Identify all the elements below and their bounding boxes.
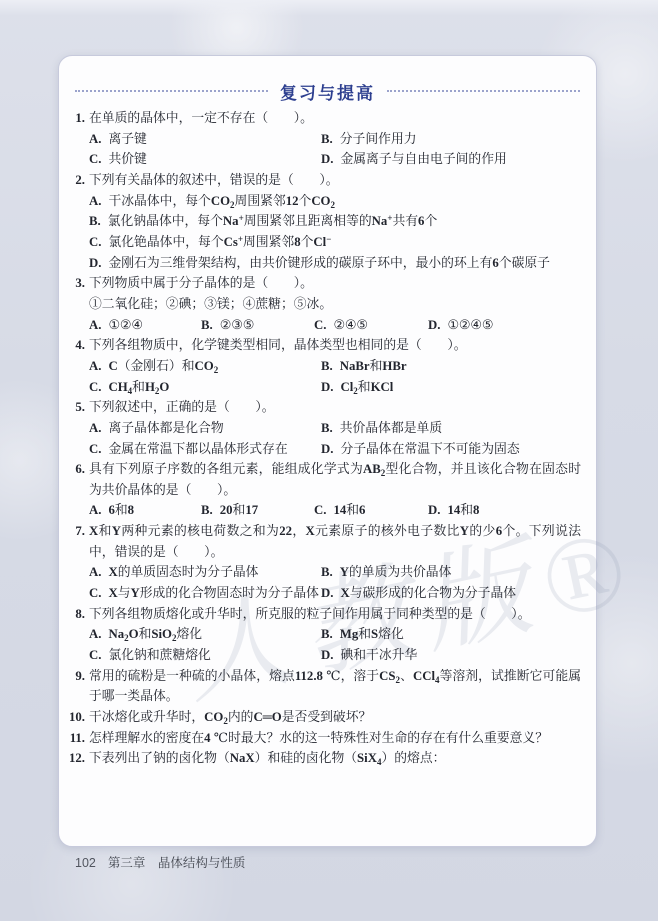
options-row: A.C（金刚石）和CO2B.NaBr和HBrC.CH4和H2OD.Cl2和KCl xyxy=(72,356,581,397)
option-label: D. xyxy=(428,503,440,517)
option-A: A.X的单质固态时为分子晶体 xyxy=(89,562,321,583)
option-label: D. xyxy=(321,152,333,166)
option-text: 氯化钠晶体中，每个Na+周围紧邻且距离相等的Na+共有6个 xyxy=(108,214,438,228)
option-A: A.6和8 xyxy=(89,500,201,521)
question-number: 8. xyxy=(59,604,85,625)
option-text: C（金刚石）和CO2 xyxy=(108,359,218,373)
option-text: CH4和H2O xyxy=(108,380,169,394)
option-B: B.氯化钠晶体中，每个Na+周围紧邻且距离相等的Na+共有6个 xyxy=(89,211,581,232)
option-text: Y的单质为共价晶体 xyxy=(340,565,452,579)
option-text: 金属离子与自由电子间的作用 xyxy=(340,152,506,166)
options-row: A.Na2O和SiO2熔化B.Mg和S熔化C.氯化钠和蔗糖熔化D.碘和干冰升华 xyxy=(72,624,581,665)
option-text: Na2O和SiO2熔化 xyxy=(108,627,202,641)
question-text: 常用的硫粉是一种硫的小晶体，熔点112.8 ℃，溶于CS2、CCl4等溶剂，试推… xyxy=(89,669,581,704)
page-number: 102 xyxy=(75,856,96,870)
question-stem: 10.干冰熔化或升华时，CO2内的C═O是否受到破坏？ xyxy=(72,707,581,728)
option-text: 共价键 xyxy=(108,152,146,166)
option-label: A. xyxy=(89,359,101,373)
options-row: A.X的单质固态时为分子晶体B.Y的单质为共价晶体C.X与Y形成的化合物固态时为… xyxy=(72,562,581,603)
options-row: A.离子键B.分子间作用力C.共价键D.金属离子与自由电子间的作用 xyxy=(72,129,581,170)
option-text: 氯化铯晶体中，每个Cs+周围紧邻8个Cl− xyxy=(108,235,331,249)
question-number: 1. xyxy=(59,108,85,129)
option-label: D. xyxy=(321,442,333,456)
option-C: C.②④⑤ xyxy=(314,315,428,336)
option-label: B. xyxy=(201,503,213,517)
option-text: ②③⑤ xyxy=(220,318,254,332)
question-5: 5.下列叙述中，正确的是（ ）。A.离子晶体都是化合物B.共价晶体都是单质C.金… xyxy=(72,397,581,459)
option-label: D. xyxy=(321,648,333,662)
option-text: ②④⑤ xyxy=(333,318,367,332)
question-text: 下列物质中属于分子晶体的是（ ）。 xyxy=(89,276,313,290)
header-dotted-rule-left xyxy=(75,90,268,92)
exercise-box: 复习与提高 人教版® 1.在单质的晶体中，一定不存在（ ）。A.离子键B.分子间… xyxy=(58,55,597,847)
option-D: D.金刚石为三维骨架结构，由共价键形成的碳原子环中，最小的环上有6个碳原子 xyxy=(89,253,581,274)
option-C: C.CH4和H2O xyxy=(89,377,321,398)
option-text: 分子间作用力 xyxy=(340,132,417,146)
option-label: B. xyxy=(321,359,333,373)
question-11: 11.怎样理解水的密度在4 ℃时最大？水的这一特殊性对生命的存在有什么重要意义？ xyxy=(72,728,581,749)
question-text: 下列各组物质中，化学键类型相同，晶体类型也相同的是（ ）。 xyxy=(89,338,467,352)
option-text: NaBr和HBr xyxy=(340,359,407,373)
question-stem: 6.具有下列原子序数的各组元素，能组成化学式为AB2型化合物，并且该化合物在固态… xyxy=(72,459,581,500)
option-A: A.①②④ xyxy=(89,315,201,336)
question-subline: ①二氧化硅；②碘；③镁；④蔗糖；⑤冰。 xyxy=(72,294,581,315)
option-A: A.C（金刚石）和CO2 xyxy=(89,356,321,377)
question-text: 下表列出了钠的卤化物（NaX）和硅的卤化物（SiX4）的熔点： xyxy=(89,751,445,765)
section-header: 复习与提高 xyxy=(59,80,596,102)
option-B: B.②③⑤ xyxy=(201,315,314,336)
question-12: 12.下表列出了钠的卤化物（NaX）和硅的卤化物（SiX4）的熔点： xyxy=(72,748,581,769)
question-number: 6. xyxy=(59,459,85,480)
question-4: 4.下列各组物质中，化学键类型相同，晶体类型也相同的是（ ）。A.C（金刚石）和… xyxy=(72,335,581,397)
question-stem: 4.下列各组物质中，化学键类型相同，晶体类型也相同的是（ ）。 xyxy=(72,335,581,356)
option-C: C.氯化钠和蔗糖熔化 xyxy=(89,645,321,666)
question-stem: 2.下列有关晶体的叙述中，错误的是（ ）。 xyxy=(72,170,581,191)
option-text: X的单质固态时为分子晶体 xyxy=(108,565,258,579)
option-label: A. xyxy=(89,565,101,579)
option-D: D.金属离子与自由电子间的作用 xyxy=(321,149,581,170)
option-label: B. xyxy=(321,421,333,435)
option-B: B.分子间作用力 xyxy=(321,129,581,150)
option-label: C. xyxy=(89,442,101,456)
option-label: D. xyxy=(321,586,333,600)
question-10: 10.干冰熔化或升华时，CO2内的C═O是否受到破坏？ xyxy=(72,707,581,728)
option-label: C. xyxy=(89,586,101,600)
option-A: A.离子晶体都是化合物 xyxy=(89,418,321,439)
options-row: A.①②④B.②③⑤C.②④⑤D.①②④⑤ xyxy=(72,315,581,336)
question-2: 2.下列有关晶体的叙述中，错误的是（ ）。A.干冰晶体中，每个CO2周围紧邻12… xyxy=(72,170,581,273)
option-C: C.共价键 xyxy=(89,149,321,170)
option-A: A.干冰晶体中，每个CO2周围紧邻12个CO2 xyxy=(89,191,581,212)
question-text: 下列有关晶体的叙述中，错误的是（ ）。 xyxy=(89,173,339,187)
options-row: A.离子晶体都是化合物B.共价晶体都是单质C.金属在常温下都以晶体形式存在D.分… xyxy=(72,418,581,459)
option-label: A. xyxy=(89,194,101,208)
question-number: 5. xyxy=(59,397,85,418)
option-label: C. xyxy=(314,318,326,332)
option-text: 14和6 xyxy=(333,503,365,517)
option-text: 14和8 xyxy=(447,503,479,517)
option-text: Mg和S熔化 xyxy=(340,627,404,641)
option-label: D. xyxy=(428,318,440,332)
question-9: 9.常用的硫粉是一种硫的小晶体，熔点112.8 ℃，溶于CS2、CCl4等溶剂，… xyxy=(72,666,581,707)
option-label: B. xyxy=(89,214,101,228)
question-number: 3. xyxy=(59,273,85,294)
option-text: ①②④ xyxy=(108,318,142,332)
option-label: B. xyxy=(321,132,333,146)
option-B: B.共价晶体都是单质 xyxy=(321,418,581,439)
question-stem: 7.X和Y两种元素的核电荷数之和为22，X元素原子的核外电子数比Y的少6个。下列… xyxy=(72,521,581,562)
question-7: 7.X和Y两种元素的核电荷数之和为22，X元素原子的核外电子数比Y的少6个。下列… xyxy=(72,521,581,604)
question-8: 8.下列各组物质熔化或升华时，所克服的粒子间作用属于同种类型的是（ ）。A.Na… xyxy=(72,604,581,666)
option-label: A. xyxy=(89,132,101,146)
option-text: X与碳形成的化合物为分子晶体 xyxy=(340,586,516,600)
option-text: 干冰晶体中，每个CO2周围紧邻12个CO2 xyxy=(108,194,335,208)
option-label: C. xyxy=(89,152,101,166)
option-C: C.14和6 xyxy=(314,500,428,521)
question-number: 4. xyxy=(59,335,85,356)
question-6: 6.具有下列原子序数的各组元素，能组成化学式为AB2型化合物，并且该化合物在固态… xyxy=(72,459,581,521)
question-text: X和Y两种元素的核电荷数之和为22，X元素原子的核外电子数比Y的少6个。下列说法… xyxy=(89,524,581,559)
question-stem: 3.下列物质中属于分子晶体的是（ ）。 xyxy=(72,273,581,294)
question-text: 下列各组物质熔化或升华时，所克服的粒子间作用属于同种类型的是（ ）。 xyxy=(89,607,531,621)
question-text: 怎样理解水的密度在4 ℃时最大？水的这一特殊性对生命的存在有什么重要意义？ xyxy=(89,731,548,745)
option-label: B. xyxy=(201,318,213,332)
option-text: 金属在常温下都以晶体形式存在 xyxy=(108,442,287,456)
option-C: C.金属在常温下都以晶体形式存在 xyxy=(89,439,321,460)
option-A: A.离子键 xyxy=(89,129,321,150)
question-number: 9. xyxy=(59,666,85,687)
option-D: D.①②④⑤ xyxy=(428,315,581,336)
option-text: 共价晶体都是单质 xyxy=(340,421,442,435)
option-D: D.碘和干冰升华 xyxy=(321,645,581,666)
question-1: 1.在单质的晶体中，一定不存在（ ）。A.离子键B.分子间作用力C.共价键D.金… xyxy=(72,108,581,170)
option-text: 20和17 xyxy=(220,503,258,517)
question-text: 干冰熔化或升华时，CO2内的C═O是否受到破坏？ xyxy=(89,710,371,724)
option-D: D.X与碳形成的化合物为分子晶体 xyxy=(321,583,581,604)
option-label: D. xyxy=(89,256,101,270)
option-text: 氯化钠和蔗糖熔化 xyxy=(108,648,210,662)
question-stem: 12.下表列出了钠的卤化物（NaX）和硅的卤化物（SiX4）的熔点： xyxy=(72,748,581,769)
option-label: A. xyxy=(89,627,101,641)
option-label: A. xyxy=(89,503,101,517)
option-text: Cl2和KCl xyxy=(340,380,393,394)
option-text: ①②④⑤ xyxy=(447,318,493,332)
question-number: 7. xyxy=(59,521,85,542)
option-B: B.Y的单质为共价晶体 xyxy=(321,562,581,583)
option-label: C. xyxy=(89,648,101,662)
option-C: C.氯化铯晶体中，每个Cs+周围紧邻8个Cl− xyxy=(89,232,581,253)
question-stem: 11.怎样理解水的密度在4 ℃时最大？水的这一特殊性对生命的存在有什么重要意义？ xyxy=(72,728,581,749)
option-D: D.14和8 xyxy=(428,500,581,521)
header-dotted-rule-right xyxy=(387,90,580,92)
question-3: 3.下列物质中属于分子晶体的是（ ）。①二氧化硅；②碘；③镁；④蔗糖；⑤冰。A.… xyxy=(72,273,581,335)
question-text: 具有下列原子序数的各组元素，能组成化学式为AB2型化合物，并且该化合物在固态时为… xyxy=(89,462,581,497)
question-number: 12. xyxy=(59,748,85,769)
option-text: X与Y形成的化合物固态时为分子晶体 xyxy=(108,586,318,600)
question-list: 1.在单质的晶体中，一定不存在（ ）。A.离子键B.分子间作用力C.共价键D.金… xyxy=(59,108,596,769)
question-stem: 8.下列各组物质熔化或升华时，所克服的粒子间作用属于同种类型的是（ ）。 xyxy=(72,604,581,625)
options-row: A.6和8B.20和17C.14和6D.14和8 xyxy=(72,500,581,521)
option-text: 金刚石为三维骨架结构，由共价键形成的碳原子环中，最小的环上有6个碳原子 xyxy=(108,256,550,270)
option-label: C. xyxy=(89,235,101,249)
option-D: D.分子晶体在常温下不可能为固态 xyxy=(321,439,581,460)
option-A: A.Na2O和SiO2熔化 xyxy=(89,624,321,645)
question-text: 下列叙述中，正确的是（ ）。 xyxy=(89,400,275,414)
question-text: 在单质的晶体中，一定不存在（ ）。 xyxy=(89,111,313,125)
question-stem: 5.下列叙述中，正确的是（ ）。 xyxy=(72,397,581,418)
option-C: C.X与Y形成的化合物固态时为分子晶体 xyxy=(89,583,321,604)
option-B: B.20和17 xyxy=(201,500,314,521)
question-number: 2. xyxy=(59,170,85,191)
chapter-title: 第三章 晶体结构与性质 xyxy=(108,856,246,870)
question-number: 10. xyxy=(59,707,85,728)
option-label: A. xyxy=(89,318,101,332)
option-D: D.Cl2和KCl xyxy=(321,377,581,398)
option-text: 离子键 xyxy=(108,132,146,146)
question-stem: 1.在单质的晶体中，一定不存在（ ）。 xyxy=(72,108,581,129)
option-text: 碘和干冰升华 xyxy=(340,648,417,662)
option-text: 6和8 xyxy=(108,503,134,517)
option-label: C. xyxy=(314,503,326,517)
page-footer: 102第三章 晶体结构与性质 xyxy=(75,853,245,871)
option-B: B.Mg和S熔化 xyxy=(321,624,581,645)
option-text: 分子晶体在常温下不可能为固态 xyxy=(340,442,519,456)
option-text: 离子晶体都是化合物 xyxy=(108,421,223,435)
option-label: D. xyxy=(321,380,333,394)
section-title: 复习与提高 xyxy=(280,79,375,104)
option-label: B. xyxy=(321,565,333,579)
textbook-page: 复习与提高 人教版® 1.在单质的晶体中，一定不存在（ ）。A.离子键B.分子间… xyxy=(0,0,658,921)
question-number: 11. xyxy=(59,728,85,749)
option-label: C. xyxy=(89,380,101,394)
question-stem: 9.常用的硫粉是一种硫的小晶体，熔点112.8 ℃，溶于CS2、CCl4等溶剂，… xyxy=(72,666,581,707)
option-label: A. xyxy=(89,421,101,435)
option-label: B. xyxy=(321,627,333,641)
options-row: A.干冰晶体中，每个CO2周围紧邻12个CO2B.氯化钠晶体中，每个Na+周围紧… xyxy=(72,191,581,274)
option-B: B.NaBr和HBr xyxy=(321,356,581,377)
